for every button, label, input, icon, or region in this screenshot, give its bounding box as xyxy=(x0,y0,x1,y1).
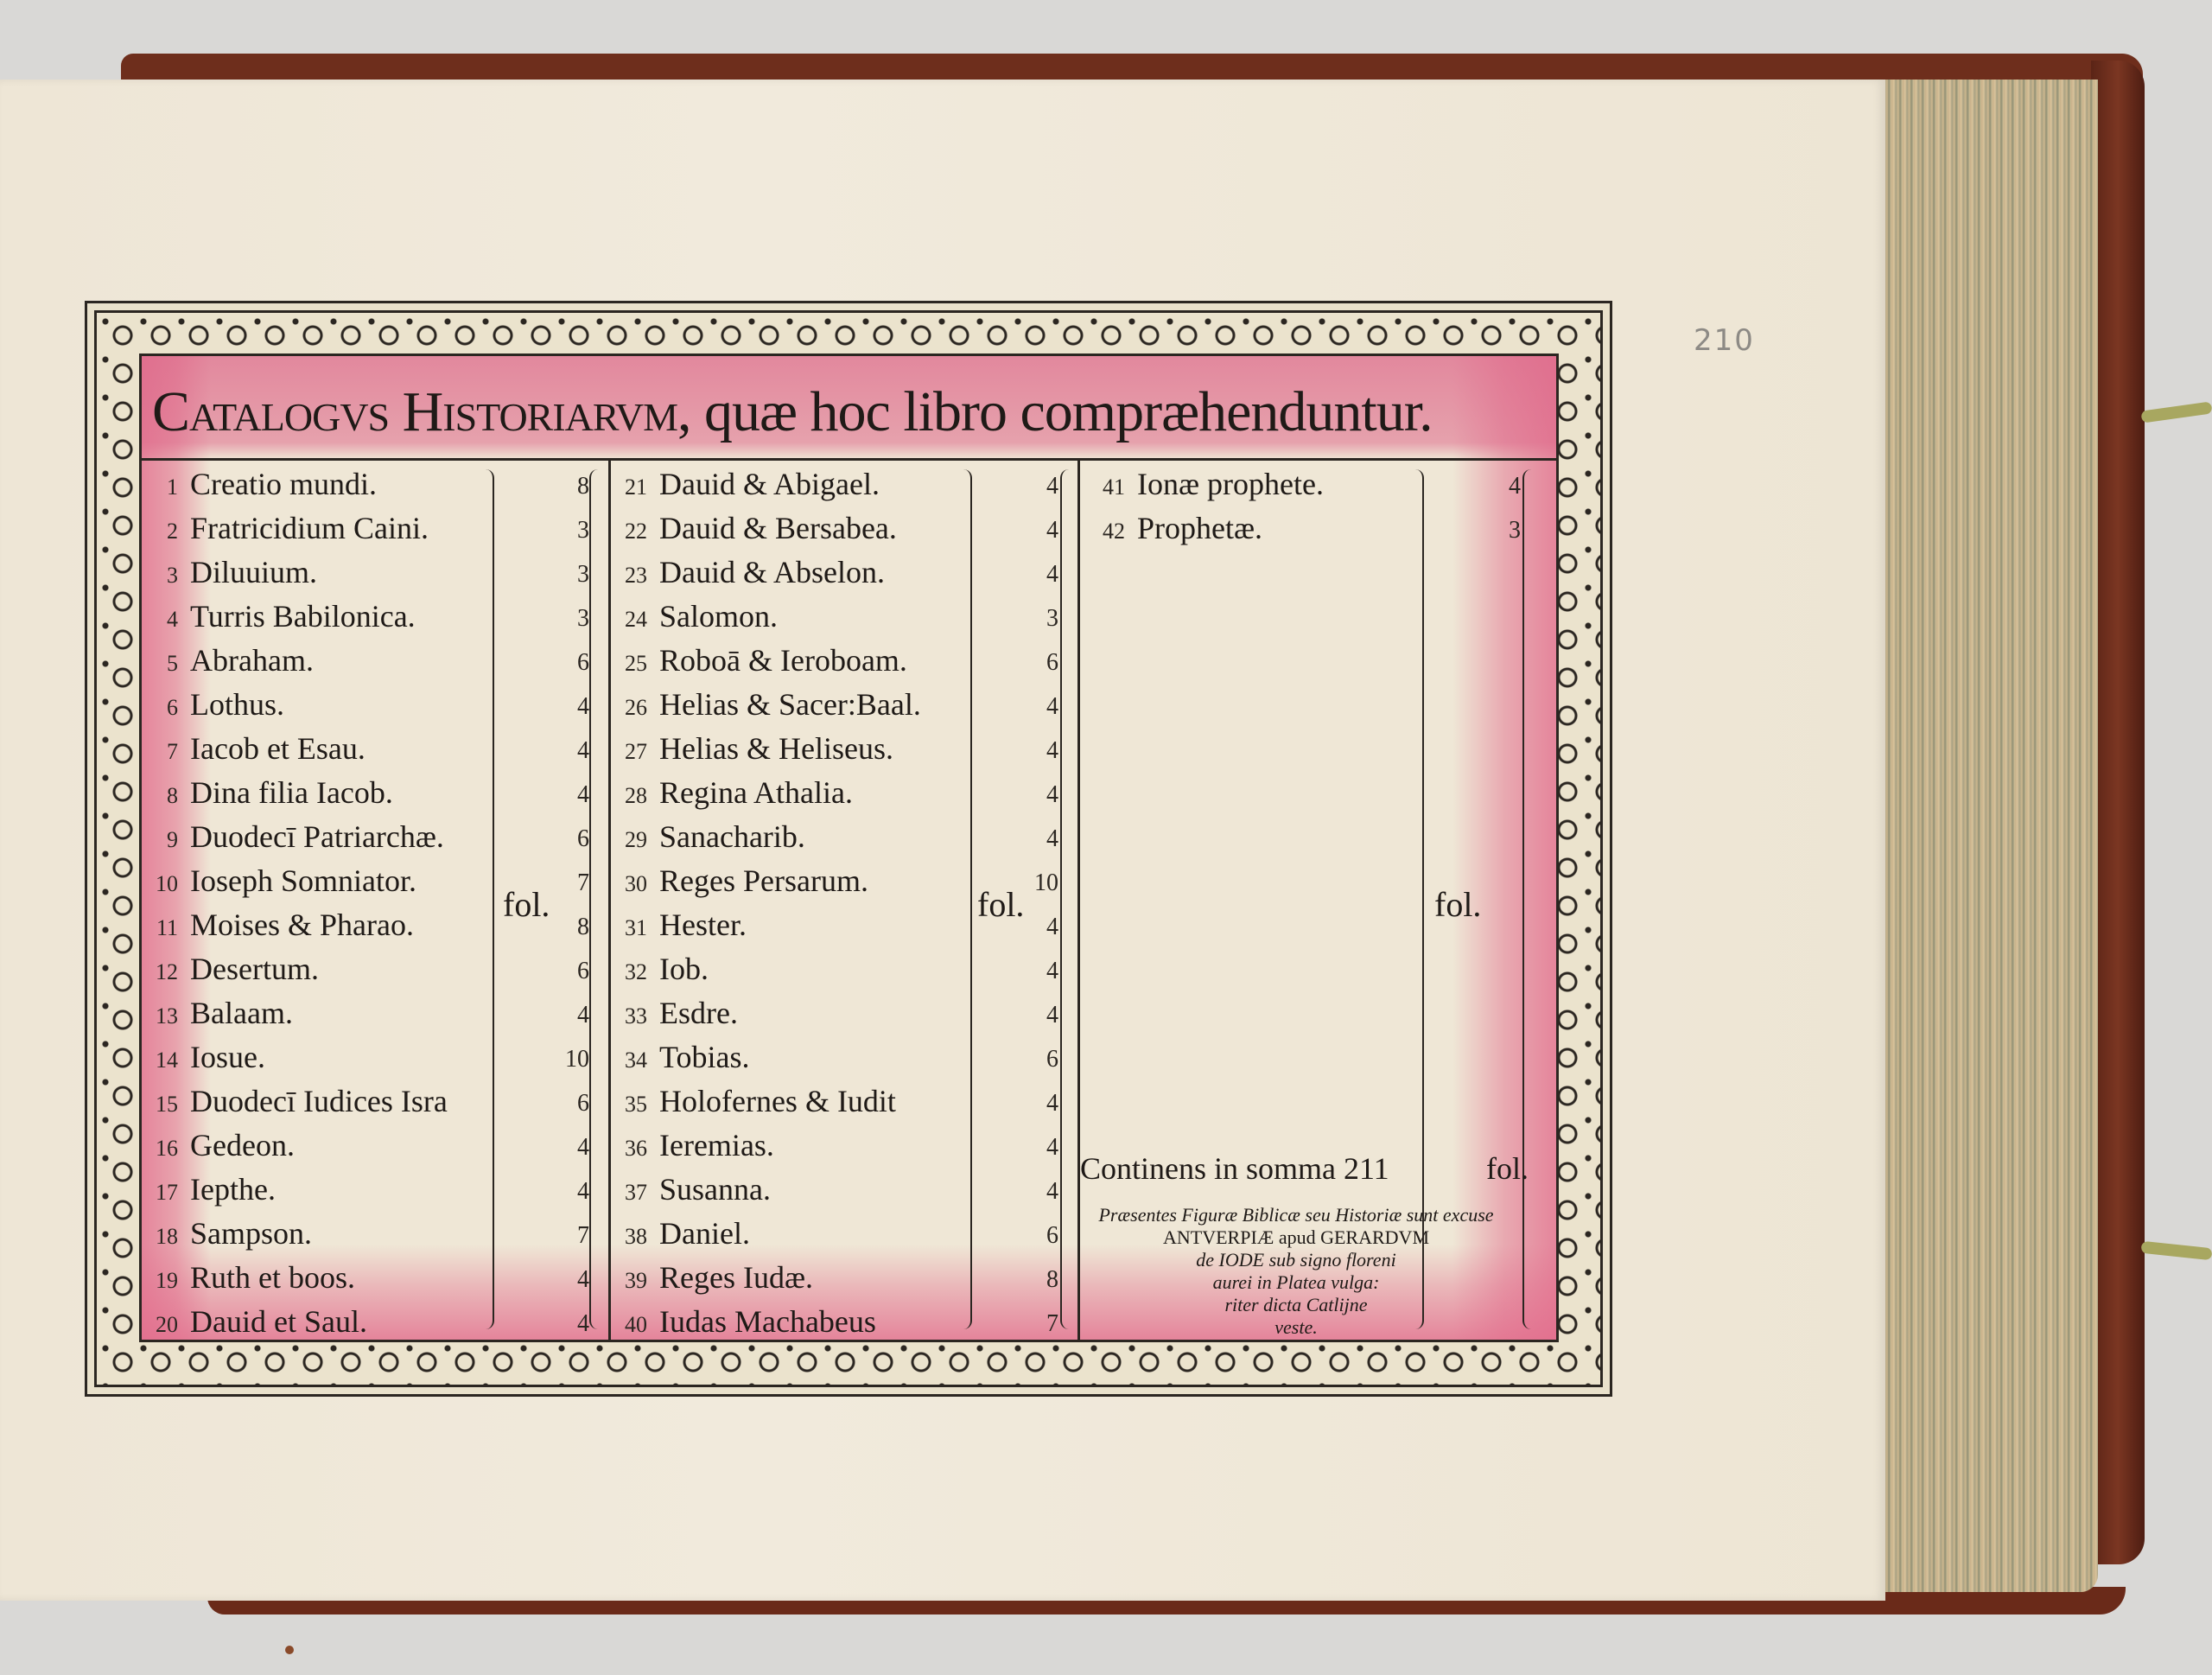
entry-title: Esdre. xyxy=(659,995,965,1031)
entry-number: 29 xyxy=(611,827,659,853)
entry-folio-count: 4 xyxy=(1024,781,1058,809)
entry-folio-count: 4 xyxy=(555,1266,589,1294)
catalogue-title: Catalogvs Historiarvm, quæ hoc libro com… xyxy=(152,365,1543,460)
catalogue-entry: 14Iosue. xyxy=(142,1039,487,1083)
ribbon-tie-bottom xyxy=(2140,1241,2212,1260)
entry-folio-count: 4 xyxy=(1024,561,1058,589)
catalogue-entry: 2Fratricidium Caini. xyxy=(142,510,487,554)
imprint-line: veste. xyxy=(1080,1316,1512,1339)
brace-icon xyxy=(486,469,494,1329)
entry-title: Gedeon. xyxy=(190,1127,487,1163)
catalogue-entry: 28Regina Athalia. xyxy=(611,774,965,818)
entry-folio-count: 8 xyxy=(555,473,589,500)
catalogue-entry: 5Abraham. xyxy=(142,642,487,686)
catalogue-entry: 42Prophetæ. xyxy=(1089,510,1417,554)
catalogue-entry: 37Susanna. xyxy=(611,1171,965,1215)
entry-folio-count: 4 xyxy=(555,737,589,765)
entry-number: 41 xyxy=(1089,474,1137,500)
entry-folio-count: 4 xyxy=(555,1310,589,1338)
entry-folio-count: 3 xyxy=(555,605,589,633)
entry-title: Iudas Machabeus xyxy=(659,1303,965,1340)
catalogue-entry: 9Duodecī Patriarchæ. xyxy=(142,818,487,863)
entry-folio-count: 4 xyxy=(1024,1090,1058,1118)
entry-folio-count: 4 xyxy=(555,1002,589,1029)
catalogue-entry: 32Iob. xyxy=(611,951,965,995)
catalogue-entry: 29Sanacharib. xyxy=(611,818,965,863)
catalogue-entry: 18Sampson. xyxy=(142,1215,487,1259)
entry-number: 28 xyxy=(611,783,659,809)
title-caps: Catalogvs Historiarvm xyxy=(152,379,677,445)
pencil-folio-number: 210 xyxy=(1694,323,1755,358)
entry-folio-count: 6 xyxy=(555,1090,589,1118)
entry-title: Reges Persarum. xyxy=(659,863,965,899)
entry-number: 18 xyxy=(142,1224,190,1250)
entry-number: 36 xyxy=(611,1136,659,1162)
entry-folio-count: 3 xyxy=(555,517,589,545)
catalogue-column-1: 1Creatio mundi.2Fratricidium Caini.3Dilu… xyxy=(142,461,608,1340)
entry-title: Diluuium. xyxy=(190,554,487,590)
entry-number: 38 xyxy=(611,1224,659,1250)
entry-title: Prophetæ. xyxy=(1137,510,1417,546)
page-edges xyxy=(1880,80,2098,1592)
entry-number: 10 xyxy=(142,871,190,897)
entry-title: Fratricidium Caini. xyxy=(190,510,487,546)
catalogue-entry: 23Dauid & Abselon. xyxy=(611,554,965,598)
entry-folio-count: 7 xyxy=(555,869,589,897)
catalogue-entry: 10Ioseph Somniator. xyxy=(142,863,487,907)
entry-number: 13 xyxy=(142,1003,190,1029)
entry-title: Iepthe. xyxy=(190,1171,487,1207)
entry-title: Dauid et Saul. xyxy=(190,1303,487,1340)
entry-number: 20 xyxy=(142,1312,190,1338)
entry-title: Turris Babilonica. xyxy=(190,598,487,634)
catalogue-entry: 6Lothus. xyxy=(142,686,487,730)
catalogue-entry: 22Dauid & Bersabea. xyxy=(611,510,965,554)
entry-number: 34 xyxy=(611,1048,659,1073)
book-cover-spine-edge xyxy=(2091,61,2145,1564)
catalogue-entry: 16Gedeon. xyxy=(142,1127,487,1171)
entry-folio-count: 8 xyxy=(555,914,589,941)
entry-number: 4 xyxy=(142,607,190,633)
entry-number: 8 xyxy=(142,783,190,809)
entry-number: 23 xyxy=(611,563,659,589)
entry-title: Iosue. xyxy=(190,1039,487,1075)
entry-folio-count: 6 xyxy=(1024,1046,1058,1073)
catalogue-entry: 21Dauid & Abigael. xyxy=(611,466,965,510)
fol-label: fol. xyxy=(1434,884,1481,925)
imprint-line: ANTVERPIÆ apud GERARDVM xyxy=(1080,1226,1512,1249)
entry-title: Abraham. xyxy=(190,642,487,678)
sum-total-line: Continens in somma 211 xyxy=(1080,1150,1389,1187)
entry-folio-count: 3 xyxy=(555,561,589,589)
catalogue-entry: 36Ieremias. xyxy=(611,1127,965,1171)
entries-list-1: 1Creatio mundi.2Fratricidium Caini.3Dilu… xyxy=(142,466,487,1347)
entry-title: Daniel. xyxy=(659,1215,965,1251)
entry-title: Dauid & Abigael. xyxy=(659,466,965,502)
brace-icon xyxy=(1522,469,1531,1329)
entry-title: Salomon. xyxy=(659,598,965,634)
entry-number: 35 xyxy=(611,1092,659,1118)
entry-folio-count: 4 xyxy=(555,693,589,721)
catalogue-entry: 8Dina filia Iacob. xyxy=(142,774,487,818)
entry-number: 5 xyxy=(142,651,190,677)
entry-folio-count: 4 xyxy=(1024,737,1058,765)
entry-number: 40 xyxy=(611,1312,659,1338)
imprint-line: riter dicta Catlijne xyxy=(1080,1294,1512,1316)
entry-folio-count: 6 xyxy=(555,649,589,677)
entry-title: Roboā & Ieroboam. xyxy=(659,642,965,678)
entry-folio-count: 4 xyxy=(1024,958,1058,985)
entry-title: Iob. xyxy=(659,951,965,987)
catalogue-entry: 13Balaam. xyxy=(142,995,487,1039)
imprint-line: aurei in Platea vulga: xyxy=(1080,1271,1512,1294)
catalogue-entry: 11Moises & Pharao. xyxy=(142,907,487,951)
catalogue-entry: 24Salomon. xyxy=(611,598,965,642)
entries-list-3: 41Ionæ prophete.42Prophetæ. xyxy=(1089,466,1417,554)
entry-folio-count: 4 xyxy=(1024,1178,1058,1206)
entry-folio-count: 4 xyxy=(1024,473,1058,500)
entry-folio-count: 4 xyxy=(555,1134,589,1162)
entry-number: 26 xyxy=(611,695,659,721)
catalogue-entry: 34Tobias. xyxy=(611,1039,965,1083)
entry-title: Helias & Sacer:Baal. xyxy=(659,686,965,723)
imprint-colophon: Præsentes Figuræ Biblicæ seu Historiæ su… xyxy=(1080,1204,1512,1339)
catalogue-entry: 20Dauid et Saul. xyxy=(142,1303,487,1347)
entry-number: 33 xyxy=(611,1003,659,1029)
entry-folio-count: 4 xyxy=(1486,473,1521,500)
catalogue-entry: 41Ionæ prophete. xyxy=(1089,466,1417,510)
entry-title: Ioseph Somniator. xyxy=(190,863,487,899)
entry-number: 27 xyxy=(611,739,659,765)
entry-number: 19 xyxy=(142,1268,190,1294)
catalogue-entry: 27Helias & Heliseus. xyxy=(611,730,965,774)
catalogue-entry: 7Iacob et Esau. xyxy=(142,730,487,774)
entry-title: Duodecī Iudices Isra xyxy=(190,1083,487,1119)
entry-folio-count: 3 xyxy=(1486,517,1521,545)
brace-icon xyxy=(1415,469,1424,1329)
entry-folio-count: 6 xyxy=(555,825,589,853)
imprint-line: de IODE sub signo floreni xyxy=(1080,1249,1512,1271)
entry-number: 15 xyxy=(142,1092,190,1118)
brace-icon xyxy=(963,469,972,1329)
entry-folio-count: 8 xyxy=(1024,1266,1058,1294)
catalogue-entry: 31Hester. xyxy=(611,907,965,951)
catalogue-entry: 1Creatio mundi. xyxy=(142,466,487,510)
entry-number: 42 xyxy=(1089,519,1137,545)
entry-folio-count: 10 xyxy=(555,1046,589,1073)
catalogue-entry: 30Reges Persarum. xyxy=(611,863,965,907)
entry-title: Hester. xyxy=(659,907,965,943)
entry-folio-count: 4 xyxy=(1024,914,1058,941)
entry-title: Reges Iudæ. xyxy=(659,1259,965,1296)
catalogue-entry: 35Holofernes & Iudit xyxy=(611,1083,965,1127)
catalogue-entry: 3Diluuium. xyxy=(142,554,487,598)
entry-title: Helias & Heliseus. xyxy=(659,730,965,767)
entry-number: 22 xyxy=(611,519,659,545)
entry-title: Dina filia Iacob. xyxy=(190,774,487,811)
entry-folio-count: 4 xyxy=(1024,825,1058,853)
imprint-line: Præsentes Figuræ Biblicæ seu Historiæ su… xyxy=(1080,1204,1512,1226)
entry-number: 37 xyxy=(611,1180,659,1206)
entry-number: 17 xyxy=(142,1180,190,1206)
entry-folio-count: 4 xyxy=(555,781,589,809)
catalogue-entry: 26Helias & Sacer:Baal. xyxy=(611,686,965,730)
entry-number: 25 xyxy=(611,651,659,677)
entry-number: 3 xyxy=(142,563,190,589)
entry-folio-count: 4 xyxy=(1024,693,1058,721)
catalogue-column-2: 21Dauid & Abigael.22Dauid & Bersabea.23D… xyxy=(608,461,1077,1340)
entry-title: Sanacharib. xyxy=(659,818,965,855)
entry-title: Creatio mundi. xyxy=(190,466,487,502)
entry-number: 32 xyxy=(611,959,659,985)
entry-title: Moises & Pharao. xyxy=(190,907,487,943)
catalogue-entry: 4Turris Babilonica. xyxy=(142,598,487,642)
entry-title: Holofernes & Iudit xyxy=(659,1083,965,1119)
entry-title: Ionæ prophete. xyxy=(1137,466,1417,502)
entry-title: Dauid & Abselon. xyxy=(659,554,965,590)
entry-folio-count: 10 xyxy=(1024,869,1058,897)
title-rest: , quæ hoc libro compræhenduntur. xyxy=(677,379,1433,445)
entry-title: Iacob et Esau. xyxy=(190,730,487,767)
catalogue-entry: 12Desertum. xyxy=(142,951,487,995)
entry-number: 39 xyxy=(611,1268,659,1294)
catalogue-entry: 25Roboā & Ieroboam. xyxy=(611,642,965,686)
entry-folio-count: 7 xyxy=(1024,1310,1058,1338)
entry-title: Balaam. xyxy=(190,995,487,1031)
entry-title: Lothus. xyxy=(190,686,487,723)
entry-number: 30 xyxy=(611,871,659,897)
entry-number: 12 xyxy=(142,959,190,985)
entry-folio-count: 6 xyxy=(1024,1222,1058,1250)
entry-title: Desertum. xyxy=(190,951,487,987)
entry-folio-count: 4 xyxy=(1024,517,1058,545)
entry-title: Susanna. xyxy=(659,1171,965,1207)
entry-folio-count: 6 xyxy=(1024,649,1058,677)
engraved-plate: Catalogvs Historiarvm, quæ hoc libro com… xyxy=(85,301,1612,1397)
entry-number: 24 xyxy=(611,607,659,633)
catalogue-entry: 39Reges Iudæ. xyxy=(611,1259,965,1303)
catalogue-entry: 17Iepthe. xyxy=(142,1171,487,1215)
entry-number: 14 xyxy=(142,1048,190,1073)
ribbon-tie-top xyxy=(2140,401,2212,423)
fol-label: fol. xyxy=(503,884,550,925)
entry-folio-count: 3 xyxy=(1024,605,1058,633)
entry-number: 16 xyxy=(142,1136,190,1162)
entry-title: Regina Athalia. xyxy=(659,774,965,811)
catalogue-entry: 19Ruth et boos. xyxy=(142,1259,487,1303)
entry-title: Sampson. xyxy=(190,1215,487,1251)
entry-number: 1 xyxy=(142,474,190,500)
entry-number: 21 xyxy=(611,474,659,500)
entry-folio-count: 4 xyxy=(1024,1002,1058,1029)
entry-title: Ruth et boos. xyxy=(190,1259,487,1296)
brace-icon xyxy=(1060,469,1069,1329)
entry-number: 2 xyxy=(142,519,190,545)
entry-folio-count: 4 xyxy=(555,1178,589,1206)
catalogue-column-3: 41Ionæ prophete.42Prophetæ. fol. 43 Cont… xyxy=(1077,461,1561,1340)
entry-title: Ieremias. xyxy=(659,1127,965,1163)
foxing-spot xyxy=(285,1646,294,1654)
entry-number: 7 xyxy=(142,739,190,765)
entry-folio-count: 6 xyxy=(555,958,589,985)
catalogue-entry: 40Iudas Machabeus xyxy=(611,1303,965,1347)
entry-number: 6 xyxy=(142,695,190,721)
brace-icon xyxy=(589,469,598,1329)
entry-folio-count: 7 xyxy=(555,1222,589,1250)
entry-number: 11 xyxy=(142,915,190,941)
entry-title: Duodecī Patriarchæ. xyxy=(190,818,487,855)
entry-folio-count: 4 xyxy=(1024,1134,1058,1162)
catalogue-entry: 15Duodecī Iudices Isra xyxy=(142,1083,487,1127)
entry-title: Dauid & Bersabea. xyxy=(659,510,965,546)
sum-fol-label: fol. xyxy=(1486,1150,1529,1187)
fol-label: fol. xyxy=(977,884,1024,925)
entries-list-2: 21Dauid & Abigael.22Dauid & Bersabea.23D… xyxy=(611,466,965,1347)
catalogue-entry: 38Daniel. xyxy=(611,1215,965,1259)
entry-number: 9 xyxy=(142,827,190,853)
catalogue-entry: 33Esdre. xyxy=(611,995,965,1039)
catalogue-panel: Catalogvs Historiarvm, quæ hoc libro com… xyxy=(139,353,1559,1342)
entry-number: 31 xyxy=(611,915,659,941)
entry-title: Tobias. xyxy=(659,1039,965,1075)
